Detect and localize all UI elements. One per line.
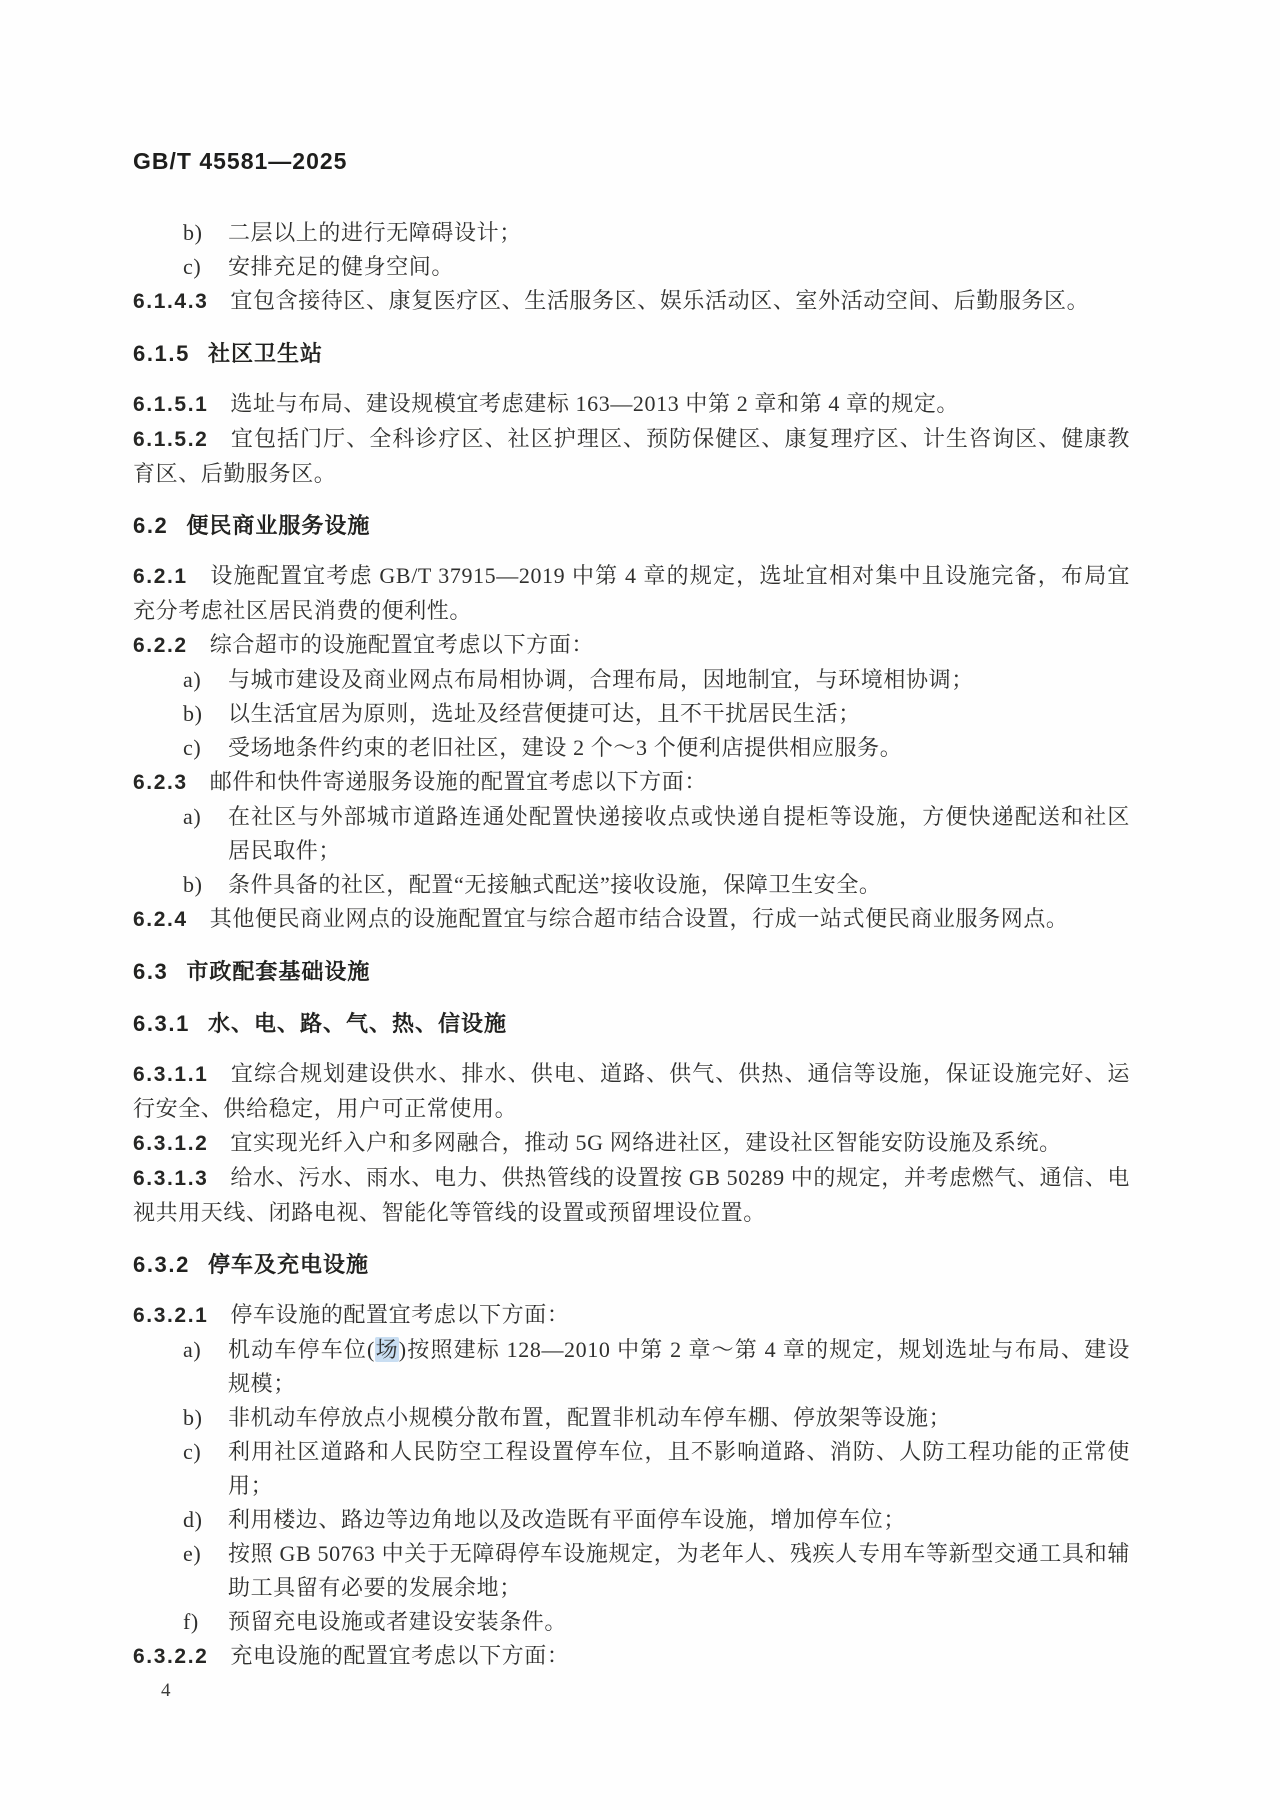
heading-title: 停车及充电设施	[208, 1252, 369, 1277]
highlighted-char: 场	[375, 1337, 399, 1362]
item-marker: d)	[183, 1503, 228, 1537]
clause-6-1-5-2: 6.1.5.2宜包括门厅、全科诊疗区、社区护理区、预防保健区、康复理疗区、计生咨…	[133, 422, 1130, 491]
list-item-a: a) 机动车停车位(场)按照建标 128—2010 中第 2 章～第 4 章的规…	[133, 1333, 1130, 1401]
clause-text: 设施配置宜考虑 GB/T 37915—2019 中第 4 章的规定，选址宜相对集…	[133, 563, 1130, 623]
item-marker: a)	[183, 800, 228, 868]
clause-6-2-2: 6.2.2综合超市的设施配置宜考虑以下方面：	[133, 628, 1130, 663]
clause-number: 6.1.5.2	[133, 428, 208, 451]
clause-number: 6.1.5.1	[133, 393, 208, 416]
list-item-b: b) 二层以上的进行无障碍设计；	[133, 216, 1130, 250]
list-item-c: c) 受场地条件约束的老旧社区，建设 2 个～3 个便利店提供相应服务。	[133, 731, 1130, 765]
clause-number: 6.3.2.2	[133, 1645, 208, 1668]
item-marker: c)	[183, 731, 228, 765]
clause-number: 6.3.2.1	[133, 1304, 208, 1327]
clause-6-1-5-1: 6.1.5.1选址与布局、建设规模宜考虑建标 163—2013 中第 2 章和第…	[133, 387, 1130, 422]
list-item-b: b) 非机动车停放点小规模分散布置，配置非机动车停车棚、停放架等设施；	[133, 1401, 1130, 1435]
page-number: 4	[133, 1674, 1130, 1708]
clause-text: 宜综合规划建设供水、排水、供电、道路、供气、供热、通信等设施，保证设施完好、运行…	[133, 1061, 1130, 1121]
item-text: 利用社区道路和人民防空工程设置停车位，且不影响道路、消防、人防工程功能的正常使用…	[228, 1435, 1130, 1503]
heading-number: 6.3.1	[133, 1011, 190, 1036]
item-text: 以生活宜居为原则，选址及经营便捷可达，且不干扰居民生活；	[228, 697, 1130, 731]
clause-6-3-1-1: 6.3.1.1宜综合规划建设供水、排水、供电、道路、供气、供热、通信等设施，保证…	[133, 1057, 1130, 1126]
item-marker: c)	[183, 250, 228, 284]
item-marker: e)	[183, 1537, 228, 1605]
clause-6-3-2-2: 6.3.2.2充电设施的配置宜考虑以下方面：	[133, 1639, 1130, 1674]
item-marker: b)	[183, 216, 228, 250]
list-item-c: c) 利用社区道路和人民防空工程设置停车位，且不影响道路、消防、人防工程功能的正…	[133, 1435, 1130, 1503]
item-text: 条件具备的社区，配置“无接触式配送”接收设施，保障卫生安全。	[228, 868, 1130, 902]
clause-text: 宜包含接待区、康复医疗区、生活服务区、娱乐活动区、室外活动空间、后勤服务区。	[230, 288, 1089, 313]
list-item-a: a) 与城市建设及商业网点布局相协调，合理布局，因地制宜，与环境相协调；	[133, 663, 1130, 697]
standard-number-header: GB/T 45581—2025	[133, 148, 1130, 174]
item-text: 利用楼边、路边等边角地以及改造既有平面停车设施，增加停车位；	[228, 1503, 1130, 1537]
clause-text: 其他便民商业网点的设施配置宜与综合超市结合设置，行成一站式便民商业服务网点。	[210, 906, 1069, 931]
list-item-d: d) 利用楼边、路边等边角地以及改造既有平面停车设施，增加停车位；	[133, 1503, 1130, 1537]
item-marker: c)	[183, 1435, 228, 1503]
item-marker: b)	[183, 1401, 228, 1435]
heading-number: 6.2	[133, 513, 168, 538]
list-item-b: b) 条件具备的社区，配置“无接触式配送”接收设施，保障卫生安全。	[133, 868, 1130, 902]
list-item-f: f) 预留充电设施或者建设安装条件。	[133, 1605, 1130, 1639]
clause-number: 6.2.3	[133, 771, 188, 794]
clause-number: 6.3.1.2	[133, 1132, 208, 1155]
clause-6-3-2-1: 6.3.2.1停车设施的配置宜考虑以下方面：	[133, 1298, 1130, 1333]
clause-6-1-4-3: 6.1.4.3宜包含接待区、康复医疗区、生活服务区、娱乐活动区、室外活动空间、后…	[133, 284, 1130, 319]
item-text: 受场地条件约束的老旧社区，建设 2 个～3 个便利店提供相应服务。	[228, 731, 1130, 765]
item-text: 在社区与外部城市道路连通处配置快递接收点或快递自提柜等设施，方便快递配送和社区居…	[228, 800, 1130, 868]
heading-title: 市政配套基础设施	[186, 959, 370, 984]
item-marker: a)	[183, 1333, 228, 1401]
item-text: 与城市建设及商业网点布局相协调，合理布局，因地制宜，与环境相协调；	[228, 663, 1130, 697]
item-text: 二层以上的进行无障碍设计；	[228, 216, 1130, 250]
list-item-c: c) 安排充足的健身空间。	[133, 250, 1130, 284]
clause-text: 充电设施的配置宜考虑以下方面：	[230, 1643, 569, 1668]
item-marker: a)	[183, 663, 228, 697]
clause-text: 宜实现光纤入户和多网融合，推动 5G 网络进社区，建设社区智能安防设施及系统。	[230, 1130, 1061, 1155]
clause-text: 邮件和快件寄递服务设施的配置宜考虑以下方面：	[210, 769, 707, 794]
section-heading-6-1-5: 6.1.5社区卫生站	[133, 337, 1130, 371]
clause-number: 6.3.1.1	[133, 1063, 208, 1086]
heading-number: 6.1.5	[133, 341, 190, 366]
list-item-a: a) 在社区与外部城市道路连通处配置快递接收点或快递自提柜等设施，方便快递配送和…	[133, 800, 1130, 868]
item-text-before: 机动车停车位(	[228, 1337, 375, 1362]
document-page: GB/T 45581—2025 b) 二层以上的进行无障碍设计； c) 安排充足…	[0, 0, 1280, 1810]
item-text: 机动车停车位(场)按照建标 128—2010 中第 2 章～第 4 章的规定，规…	[228, 1333, 1130, 1401]
clause-number: 6.2.2	[133, 634, 188, 657]
list-item-e: e) 按照 GB 50763 中关于无障碍停车设施规定，为老年人、残疾人专用车等…	[133, 1537, 1130, 1605]
section-heading-6-2: 6.2便民商业服务设施	[133, 509, 1130, 543]
heading-title: 便民商业服务设施	[186, 513, 370, 538]
clause-text: 选址与布局、建设规模宜考虑建标 163—2013 中第 2 章和第 4 章的规定…	[230, 391, 959, 416]
section-heading-6-3-2: 6.3.2停车及充电设施	[133, 1248, 1130, 1282]
heading-title: 社区卫生站	[208, 341, 323, 366]
item-marker: b)	[183, 697, 228, 731]
heading-number: 6.3.2	[133, 1252, 190, 1277]
clause-number: 6.2.4	[133, 908, 188, 931]
item-text: 按照 GB 50763 中关于无障碍停车设施规定，为老年人、残疾人专用车等新型交…	[228, 1537, 1130, 1605]
clause-text: 综合超市的设施配置宜考虑以下方面：	[210, 632, 594, 657]
clause-6-2-4: 6.2.4其他便民商业网点的设施配置宜与综合超市结合设置，行成一站式便民商业服务…	[133, 902, 1130, 937]
clause-6-2-3: 6.2.3邮件和快件寄递服务设施的配置宜考虑以下方面：	[133, 765, 1130, 800]
item-marker: b)	[183, 868, 228, 902]
clause-number: 6.1.4.3	[133, 290, 208, 313]
clause-6-3-1-2: 6.3.1.2宜实现光纤入户和多网融合，推动 5G 网络进社区，建设社区智能安防…	[133, 1126, 1130, 1161]
section-heading-6-3: 6.3市政配套基础设施	[133, 955, 1130, 989]
clause-number: 6.2.1	[133, 565, 188, 588]
item-text: 非机动车停放点小规模分散布置，配置非机动车停车棚、停放架等设施；	[228, 1401, 1130, 1435]
clause-text: 停车设施的配置宜考虑以下方面：	[230, 1302, 569, 1327]
item-text: 预留充电设施或者建设安装条件。	[228, 1605, 1130, 1639]
clause-text: 宜包括门厅、全科诊疗区、社区护理区、预防保健区、康复理疗区、计生咨询区、健康教育…	[133, 426, 1130, 486]
clause-6-3-1-3: 6.3.1.3给水、污水、雨水、电力、供热管线的设置按 GB 50289 中的规…	[133, 1161, 1130, 1230]
item-marker: f)	[183, 1605, 228, 1639]
clause-text: 给水、污水、雨水、电力、供热管线的设置按 GB 50289 中的规定，并考虑燃气…	[133, 1165, 1130, 1225]
clause-6-2-1: 6.2.1设施配置宜考虑 GB/T 37915—2019 中第 4 章的规定，选…	[133, 559, 1130, 628]
list-item-b: b) 以生活宜居为原则，选址及经营便捷可达，且不干扰居民生活；	[133, 697, 1130, 731]
heading-number: 6.3	[133, 959, 168, 984]
section-heading-6-3-1: 6.3.1水、电、路、气、热、信设施	[133, 1007, 1130, 1041]
clause-number: 6.3.1.3	[133, 1167, 208, 1190]
item-text: 安排充足的健身空间。	[228, 250, 1130, 284]
heading-title: 水、电、路、气、热、信设施	[208, 1011, 507, 1036]
